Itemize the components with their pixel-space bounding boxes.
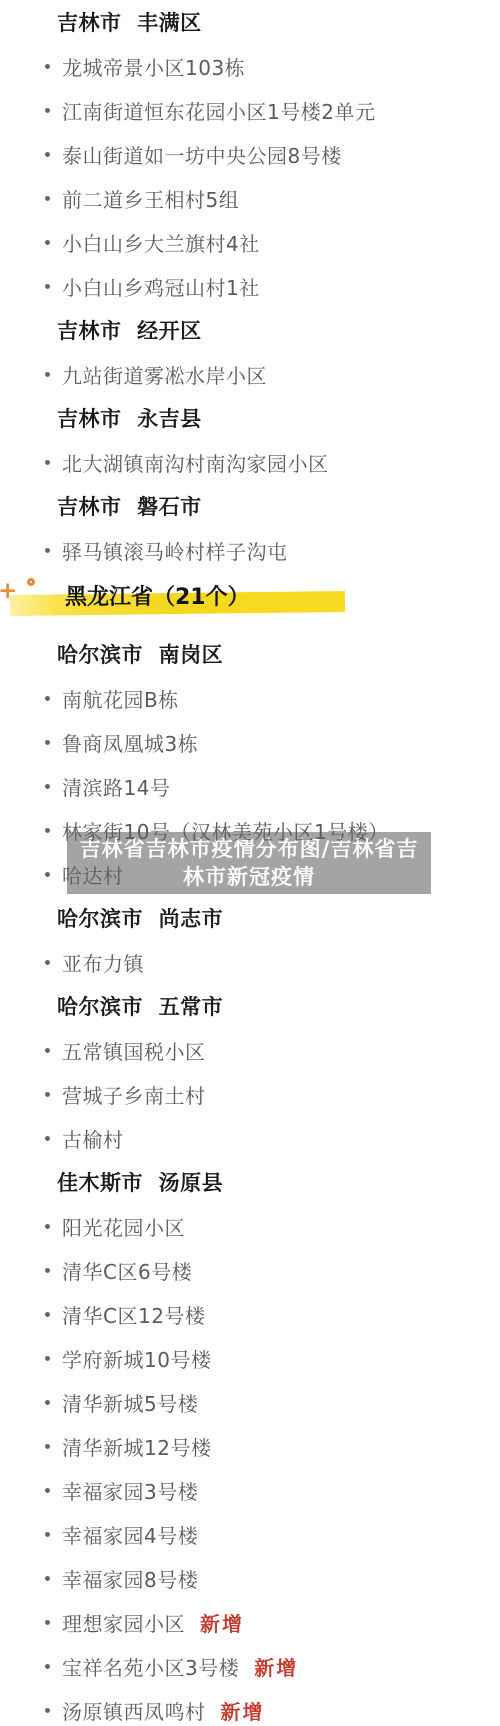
list-item: 龙城帝景小区103栋 — [0, 44, 500, 88]
bullet-icon — [45, 1620, 50, 1625]
section-header-label: 吉林市 丰满区 — [57, 7, 202, 37]
list-item: 驿马镇滚马岭村样子沟屯 — [0, 528, 500, 572]
bullet-icon — [45, 108, 50, 113]
bullet-icon — [45, 784, 50, 789]
bullet-icon — [45, 1356, 50, 1361]
list-item-label: 江南街道恒东花园小区1号楼2单元 — [62, 96, 375, 125]
list-item: 小白山乡大兰旗村4社 — [0, 220, 500, 264]
section-header: 哈尔滨市 尚志市 — [0, 896, 500, 940]
list-item: 幸福家园4号楼 — [0, 1512, 500, 1556]
bullet-icon — [45, 1532, 50, 1537]
plus-icon: + — [0, 580, 17, 603]
list-item: 九站街道雾凇水岸小区 — [0, 352, 500, 396]
list-item-label: 南航花园B栋 — [62, 684, 179, 713]
bullet-icon — [45, 1136, 50, 1141]
section-header: 吉林市 丰满区 — [0, 0, 500, 44]
list-item: 亚布力镇 — [0, 940, 500, 984]
bullet-icon — [45, 696, 50, 701]
bullet-icon — [45, 64, 50, 69]
list-item-label: 小白山乡鸡冠山村1社 — [62, 272, 260, 301]
list-item: 林家街10号（汉林美苑小区1号楼） — [0, 808, 500, 852]
bullet-icon — [45, 460, 50, 465]
section-header-label: 吉林市 经开区 — [57, 315, 202, 345]
bullet-icon — [45, 548, 50, 553]
list-item: 清华C区12号楼 — [0, 1292, 500, 1336]
list-item: 泰山街道如一坊中央公园8号楼 — [0, 132, 500, 176]
bullet-icon — [45, 740, 50, 745]
list-item: 哈达村 — [0, 852, 500, 896]
section-header: 吉林市 磐石市 — [0, 484, 500, 528]
list-item: 前二道乡王相村5组 — [0, 176, 500, 220]
list-item-label: 宝祥名苑小区3号楼 — [62, 1652, 239, 1681]
bullet-icon — [45, 284, 50, 289]
list-item: 幸福家园3号楼 — [0, 1468, 500, 1512]
list-item: 清华新城12号楼 — [0, 1424, 500, 1468]
new-badge: 新增 — [221, 1696, 265, 1725]
list-item: 阳光花园小区 — [0, 1204, 500, 1248]
list-item: 古榆村 — [0, 1116, 500, 1160]
list-item-label: 理想家园小区 — [62, 1608, 185, 1637]
bullet-icon — [45, 1444, 50, 1449]
list-item-label: 龙城帝景小区103栋 — [62, 52, 245, 81]
ring-icon — [27, 578, 35, 586]
bullet-icon — [45, 1400, 50, 1405]
section-header: 哈尔滨市 五常市 — [0, 984, 500, 1028]
section-header-label: 佳木斯市 汤原县 — [57, 1167, 223, 1197]
list-item: 北大湖镇南沟村南沟家园小区 — [0, 440, 500, 484]
list-item-label: 九站街道雾凇水岸小区 — [62, 360, 267, 389]
section-header-label: 吉林市 磐石市 — [57, 491, 202, 521]
section-header: 吉林市 经开区 — [0, 308, 500, 352]
new-badge: 新增 — [200, 1608, 244, 1637]
section-header: 哈尔滨市 南岗区 — [0, 632, 500, 676]
list-item-label: 营城子乡南土村 — [62, 1080, 206, 1109]
list-item: 清华新城5号楼 — [0, 1380, 500, 1424]
list-item-label: 鲁商凤凰城3栋 — [62, 728, 198, 757]
bullet-icon — [45, 1048, 50, 1053]
list-item: 营城子乡南土村 — [0, 1072, 500, 1116]
section-header-label: 哈尔滨市 尚志市 — [57, 903, 223, 933]
list-item-label: 哈达村 — [62, 860, 124, 889]
list-item: 汤原镇西凤鸣村 新增 — [0, 1688, 500, 1726]
bullet-icon — [45, 872, 50, 877]
list-item-label: 汤原镇西凤鸣村 — [62, 1696, 206, 1725]
list-item-label: 学府新城10号楼 — [62, 1344, 211, 1373]
list-item: 清华C区6号楼 — [0, 1248, 500, 1292]
section-header: 吉林市 永吉县 — [0, 396, 500, 440]
bullet-icon — [45, 1312, 50, 1317]
list-item-label: 五常镇国税小区 — [62, 1036, 206, 1065]
province-banner-title: 黑龙江省（21个） — [65, 580, 250, 611]
bullet-icon — [45, 1488, 50, 1493]
list-item-label: 林家街10号（汉林美苑小区1号楼） — [62, 816, 389, 845]
list-item: 五常镇国税小区 — [0, 1028, 500, 1072]
list-item-label: 小白山乡大兰旗村4社 — [62, 228, 260, 257]
section-header-label: 哈尔滨市 五常市 — [57, 991, 223, 1021]
list-item-label: 清华C区12号楼 — [62, 1300, 205, 1329]
bullet-icon — [45, 1268, 50, 1273]
list-item: 幸福家园8号楼 — [0, 1556, 500, 1600]
list-item: 理想家园小区 新增 — [0, 1600, 500, 1644]
list-item: 清滨路14号 — [0, 764, 500, 808]
list-item: 鲁商凤凰城3栋 — [0, 720, 500, 764]
bullet-icon — [45, 196, 50, 201]
list-item: 宝祥名苑小区3号楼 新增 — [0, 1644, 500, 1688]
list-item-label: 幸福家园3号楼 — [62, 1476, 198, 1505]
list-item-label: 清华C区6号楼 — [62, 1256, 192, 1285]
list-item: 小白山乡鸡冠山村1社 — [0, 264, 500, 308]
location-list: 吉林市 丰满区 龙城帝景小区103栋 江南街道恒东花园小区1号楼2单元 泰山街道… — [0, 0, 500, 1726]
list-item: 江南街道恒东花园小区1号楼2单元 — [0, 88, 500, 132]
new-badge: 新增 — [254, 1652, 298, 1681]
section-header: 佳木斯市 汤原县 — [0, 1160, 500, 1204]
list-item-label: 古榆村 — [62, 1124, 124, 1153]
list-item-label: 清华新城5号楼 — [62, 1388, 198, 1417]
list-item-label: 驿马镇滚马岭村样子沟屯 — [62, 536, 288, 565]
bullet-icon — [45, 960, 50, 965]
bullet-icon — [45, 240, 50, 245]
list-item-label: 北大湖镇南沟村南沟家园小区 — [62, 448, 329, 477]
bullet-icon — [45, 1708, 50, 1713]
bullet-icon — [45, 828, 50, 833]
bullet-icon — [45, 1092, 50, 1097]
bullet-icon — [45, 1664, 50, 1669]
list-item-label: 幸福家园4号楼 — [62, 1520, 198, 1549]
section-header-label: 吉林市 永吉县 — [57, 403, 202, 433]
bullet-icon — [45, 372, 50, 377]
list-item-label: 阳光花园小区 — [62, 1212, 185, 1241]
bullet-icon — [45, 1576, 50, 1581]
list-item-label: 泰山街道如一坊中央公园8号楼 — [62, 140, 342, 169]
list-item-label: 幸福家园8号楼 — [62, 1564, 198, 1593]
bullet-icon — [45, 152, 50, 157]
list-item-label: 清华新城12号楼 — [62, 1432, 211, 1461]
list-item-label: 清滨路14号 — [62, 772, 170, 801]
section-header-label: 哈尔滨市 南岗区 — [57, 639, 223, 669]
list-item: 南航花园B栋 — [0, 676, 500, 720]
list-item-label: 前二道乡王相村5组 — [62, 184, 239, 213]
bullet-icon — [45, 1224, 50, 1229]
province-banner: + 黑龙江省（21个） — [0, 572, 500, 620]
list-item-label: 亚布力镇 — [62, 948, 144, 977]
list-item: 学府新城10号楼 — [0, 1336, 500, 1380]
